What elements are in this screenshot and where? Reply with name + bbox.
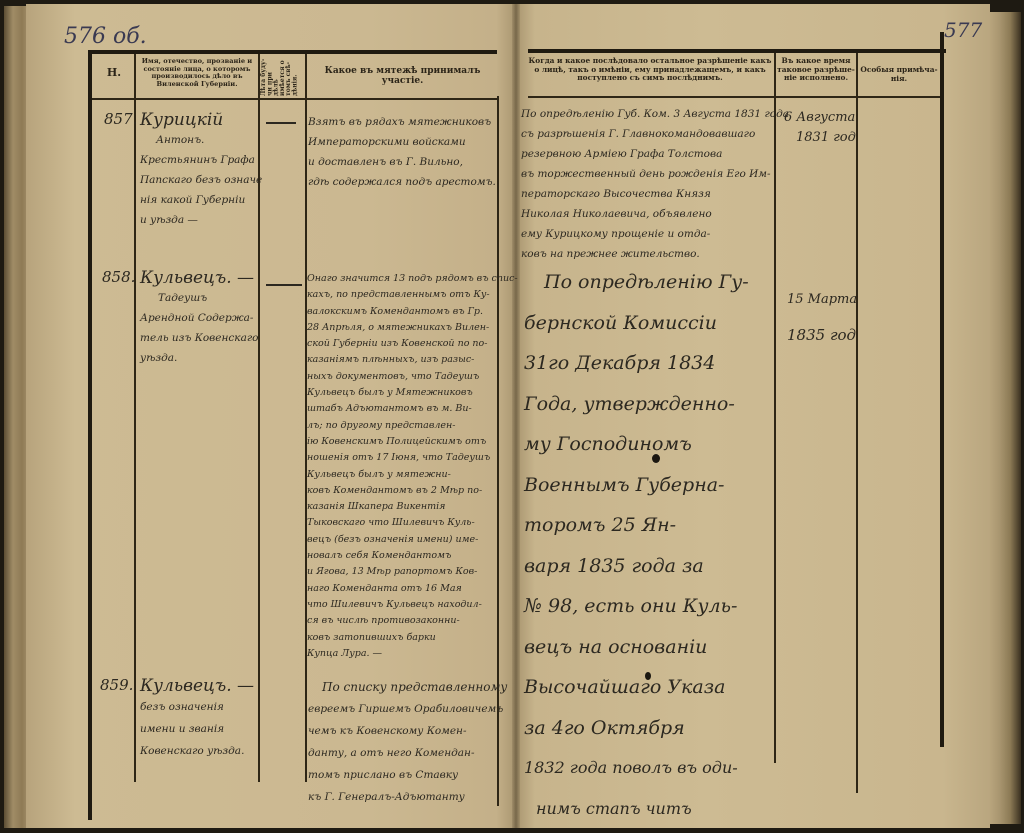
row-857-resolution-line: резервною Арміею Графа Толстова <box>521 144 789 164</box>
row-857-age-dash <box>266 122 296 124</box>
row-859-name-line: имени и званія <box>140 718 254 740</box>
row-857-participation-line: гдѣ содержался подъ арестомъ. <box>308 172 496 192</box>
row-857-name-line: и уѣзда — <box>140 210 262 230</box>
row-858-participation-line: наго Коменданта отъ 16 Мая <box>307 581 518 597</box>
row-858-resolution-line: Года, утвержденно- <box>524 384 749 425</box>
row-858-participation-line: 28 Апрѣля, о мятежникахъ Вилен- <box>307 320 518 336</box>
row-858-resolution-line: торомъ 25 Ян- <box>524 505 749 546</box>
row-858-resolution-line: По опредѣленію Гу- <box>524 262 749 303</box>
row-857-resolution-line: Николая Николаевича, объявлено <box>521 204 789 224</box>
row-859-participation: По списку представленному евреемъ Гиршем… <box>308 676 507 808</box>
right-top-rule <box>528 49 946 53</box>
header-number: Н. <box>96 67 132 80</box>
row-857-name-line: Крестьянинъ Графа <box>140 150 262 170</box>
row-859-name-line: безъ означенія <box>140 696 254 718</box>
row-857-participation-line: Взятъ въ рядахъ мятежниковъ <box>308 112 496 132</box>
row-858-firstname: Тадеушъ <box>140 288 258 308</box>
row-857-resolution-line: въ торжественный день рожденія Его Им- <box>521 164 789 184</box>
row-858-participation-line: и Ягова, 13 Мѣр рапортомъ Ков- <box>307 564 518 580</box>
row-858-resolution-line: вецъ на основаніи <box>524 627 749 668</box>
row-858-resolution-line: Высочайшаго Указа <box>524 667 749 708</box>
folio-left: 576 об. <box>64 24 147 49</box>
row-857-name-line: Папскаго безъ означе <box>140 170 262 190</box>
row-858-resolution: По опредѣленію Гу- бернской Комиссіи 31г… <box>524 262 749 829</box>
row-858-resolution-line: бернской Комиссіи <box>524 303 749 344</box>
row-858-name-line: Арендной Содержа- <box>140 308 258 328</box>
row-858-executed-date: 15 Марта <box>787 280 857 320</box>
row-858-participation-line: Кульвецъ былъ у мятежни- <box>307 467 518 483</box>
row-858-participation-line: ской Губерніи изъ Ковенской по по- <box>307 336 518 352</box>
row-857-participation-line: и доставленъ въ Г. Вильно, <box>308 152 496 172</box>
row-857-firstname: Антонъ. <box>140 130 262 150</box>
row-858-resolution-line: 31го Декабря 1834 <box>524 343 749 384</box>
row-857-name: Курицкій Антонъ. Крестьянинъ Графа Папск… <box>140 110 262 230</box>
row-859-participation-line: По списку представленному <box>308 676 507 698</box>
left-header-bottom-rule <box>92 98 497 100</box>
row-858-name-line: тель изъ Ковенскаго <box>140 328 258 348</box>
row-857-resolution: По опредѣленію Губ. Ком. 3 Августа 1831 … <box>521 104 789 264</box>
row-858-participation-line: валокскимъ Комендантомъ въ Гр. <box>307 304 518 320</box>
row-858-participation-line: ся въ числѣ противозаконни- <box>307 613 518 629</box>
folio-right: 577 <box>944 18 982 42</box>
ink-blot <box>652 454 660 463</box>
header-age: Лѣта буду­чи при дѣлѣ имѣется о томъ свѣ… <box>261 58 303 96</box>
row-857-resolution-line: ператорскаго Высочества Князя <box>521 184 789 204</box>
row-857-name-line: нія какой Губерніи <box>140 190 262 210</box>
header-executed: Въ какое время таковое разрѣше­ніе испол… <box>777 57 855 83</box>
row-858-participation: Онаго значится 13 подъ рядомъ въ спис- к… <box>307 271 518 662</box>
row-858-participation-line: ковъ Комендантомъ въ 2 Мѣр по- <box>307 483 518 499</box>
ink-blot <box>645 672 651 680</box>
header-participation: Какое въ мятежѣ принималъ участіе. <box>310 66 495 87</box>
row-858-name: Кульвецъ. — Тадеушъ Арендной Содержа- те… <box>140 268 258 368</box>
book-spread: 576 об. 577 Н. Имя, отечество, прозваніе… <box>0 0 1024 833</box>
row-858-participation-line: казаніямъ плѣнныхъ, изъ разыс- <box>307 352 518 368</box>
row-857-surname: Курицкій <box>140 110 262 130</box>
row-858-participation-line: штабъ Адъютантомъ въ м. Ви- <box>307 401 518 417</box>
row-858-participation-line: ію Ковенскимъ Полицейскимъ отъ <box>307 434 518 450</box>
row-858-number: 858. <box>102 268 135 286</box>
row-858-executed-year: 1835 год <box>787 320 857 350</box>
row-858-participation-line: что Шилевичъ Кульвецъ находил- <box>307 597 518 613</box>
row-858-participation-line: кахъ, по представленнымъ отъ Ку- <box>307 287 518 303</box>
right-header-bottom-rule <box>528 96 942 98</box>
row-858-resolution-line: 1832 года поволъ въ оди- <box>524 748 749 789</box>
row-859-name-line: Ковенскаго уѣзда. <box>140 740 254 762</box>
right-outer-border <box>940 32 944 747</box>
left-outer-border <box>88 50 92 820</box>
row-858-executed: 15 Марта 1835 год <box>787 280 857 350</box>
header-notes: Особыя примѣча­нія. <box>859 66 939 83</box>
row-858-resolution-line: за 4го Октября <box>524 708 749 749</box>
row-858-age-dash <box>266 284 302 286</box>
row-858-participation-line: вецъ (безъ означенія имени) име- <box>307 532 518 548</box>
row-858-resolution-line: Военнымъ Губерна- <box>524 465 749 506</box>
row-859-name: Кульвецъ. — безъ означенія имени и звані… <box>140 676 254 762</box>
row-857-resolution-line: съ разрѣшенія Г. Главнокомандовавшаго <box>521 124 789 144</box>
left-col-divider-1 <box>134 54 136 782</box>
row-858-participation-line: Кульвецъ былъ у Мятежниковъ <box>307 385 518 401</box>
row-859-participation-line: евреемъ Гиршемъ Орабиловичемъ <box>308 698 507 720</box>
left-top-rule <box>92 50 497 54</box>
row-858-resolution-line: варя 1835 года за <box>524 546 749 587</box>
row-858-resolution-line: № 98, есть они Куль- <box>524 586 749 627</box>
row-857-resolution-line: ему Курицкому прощеніе и отда- <box>521 224 789 244</box>
row-859-participation-line: къ Г. Генералъ-Адъютанту <box>308 786 507 808</box>
right-col-divider-2 <box>856 53 858 793</box>
row-857-number: 857. <box>104 110 137 128</box>
row-858-resolution-line: нимъ стапъ читъ <box>524 789 749 830</box>
row-858-participation-line: ковъ затопившихъ барки <box>307 630 518 646</box>
row-857-resolution-line: По опредѣленію Губ. Ком. 3 Августа 1831 … <box>521 104 789 124</box>
row-857-executed-date: 6 Августа <box>784 108 856 128</box>
row-858-participation-line: Купца Лура. — <box>307 646 518 662</box>
row-859-number: 859. <box>100 676 133 694</box>
header-name: Имя, отечество, прозваніе и состояніе ли… <box>137 58 257 88</box>
row-859-participation-line: чемъ къ Ковенскому Комен- <box>308 720 507 742</box>
row-858-participation-line: новалъ себя Комендантомъ <box>307 548 518 564</box>
row-858-participation-line: ныхъ документовъ, что Тадеушъ <box>307 369 518 385</box>
row-858-participation-line: Тыковскаго что Шилевичъ Куль- <box>307 515 518 531</box>
row-859-surname: Кульвецъ. — <box>140 676 254 696</box>
row-858-resolution-line: му Господиномъ <box>524 424 749 465</box>
header-resolution: Когда и какое послѣдовало остальное разр… <box>528 57 772 83</box>
row-857-executed-year: 1831 год <box>784 128 856 148</box>
row-857-participation-line: Императорскими войсками <box>308 132 496 152</box>
row-857-executed: 6 Августа 1831 год <box>784 108 856 148</box>
row-858-name-line: уѣзда. <box>140 348 258 368</box>
row-858-surname: Кульвецъ. — <box>140 268 258 288</box>
row-858-participation-line: ношенія отъ 17 Іюня, что Тадеушъ <box>307 450 518 466</box>
row-857-participation: Взятъ въ рядахъ мятежниковъ Императорски… <box>308 112 496 192</box>
row-859-participation-line: данту, а отъ него Комендан- <box>308 742 507 764</box>
row-858-participation-line: Онаго значится 13 подъ рядомъ въ спис- <box>307 271 518 287</box>
row-859-participation-line: томъ прислано въ Ставку <box>308 764 507 786</box>
right-page-edges <box>985 12 1021 824</box>
row-858-participation-line: лъ; по другому представлен- <box>307 418 518 434</box>
row-857-resolution-line: ковъ на прежнее жительство. <box>521 244 789 264</box>
row-858-participation-line: казанія Шкапера Викентія <box>307 499 518 515</box>
